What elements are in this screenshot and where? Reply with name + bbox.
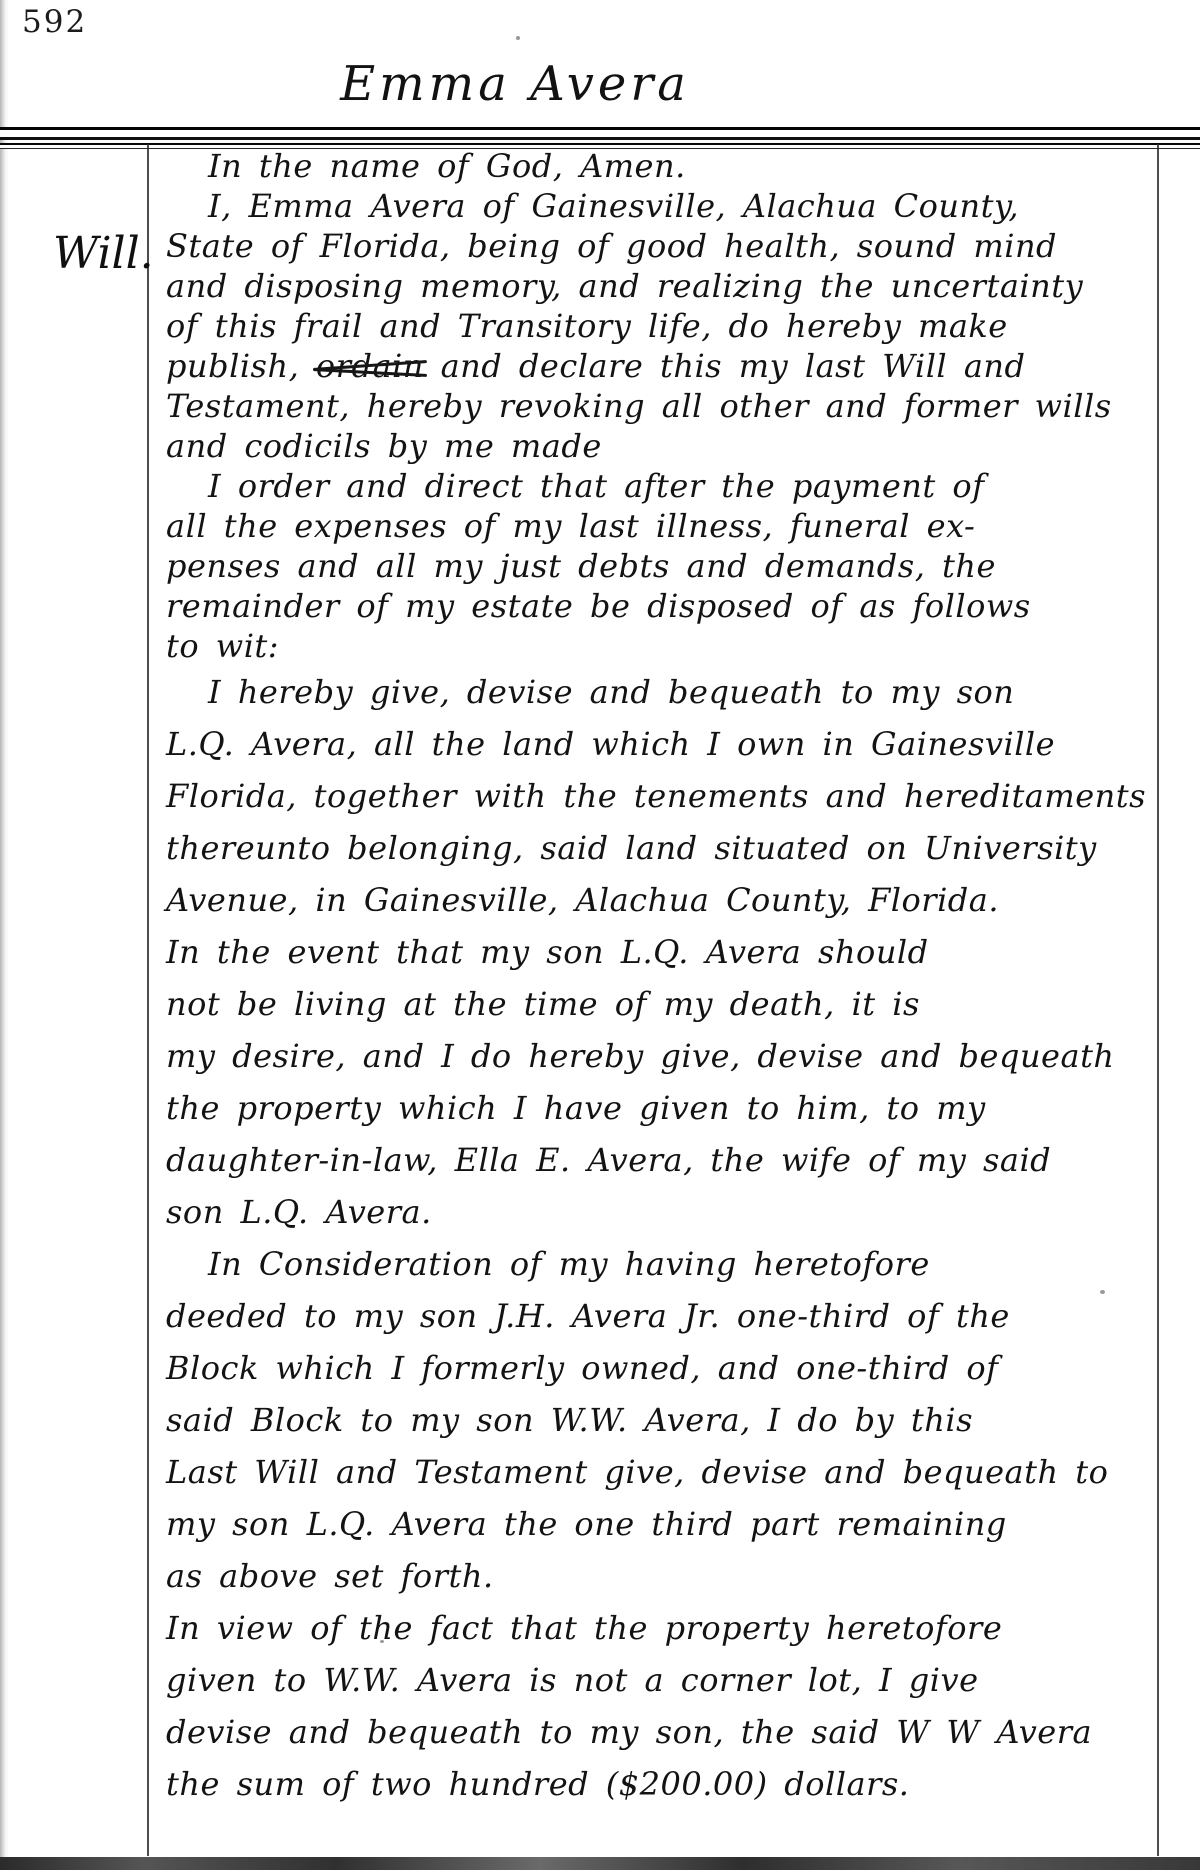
handwritten-line: devise and bequeath to my son, the said …	[166, 1706, 1158, 1758]
text-segment: and declare this my last Will and	[424, 347, 1026, 385]
margin-annotation-will: Will.	[53, 228, 154, 279]
paragraph: In the name of God, Amen.	[166, 146, 1158, 186]
handwritten-line: L.Q. Avera, all the land which I own in …	[166, 718, 1158, 770]
scan-speck	[516, 36, 520, 40]
paragraph: In view of the fact that the property he…	[166, 1602, 1158, 1810]
paragraph: I hereby give, devise and bequeath to my…	[166, 666, 1158, 926]
will-document-page: 592 Emma Avera Will. In the name of God,…	[0, 0, 1200, 1870]
handwritten-line: given to W.W. Avera is not a corner lot,…	[166, 1654, 1158, 1706]
handwritten-line: I, Emma Avera of Gainesville, Alachua Co…	[166, 186, 1158, 226]
margin-rule-left	[147, 144, 149, 1856]
handwritten-line: I order and direct that after the paymen…	[166, 466, 1158, 506]
handwritten-line: I hereby give, devise and bequeath to my…	[166, 666, 1158, 718]
handwritten-line: thereunto belonging, said land situated …	[166, 822, 1158, 874]
handwritten-line: publish, ordain and declare this my last…	[166, 346, 1158, 386]
handwritten-line: In Consideration of my having heretofore	[166, 1238, 1158, 1290]
scan-bottom-band	[0, 1857, 1200, 1870]
handwritten-line: and disposing memory, and realizing the …	[166, 266, 1158, 306]
handwritten-line: as above set forth.	[166, 1550, 1158, 1602]
rule-band-thick	[0, 127, 1200, 140]
handwritten-line: deeded to my son J.H. Avera Jr. one-thir…	[166, 1290, 1158, 1342]
handwritten-line: Block which I formerly owned, and one-th…	[166, 1342, 1158, 1394]
document-body: In the name of God, Amen.I, Emma Avera o…	[166, 146, 1158, 1810]
handwritten-line: the property which I have given to him, …	[166, 1082, 1158, 1134]
handwritten-line: Avenue, in Gainesville, Alachua County, …	[166, 874, 1158, 926]
paragraph: In Consideration of my having heretofore…	[166, 1238, 1158, 1602]
paragraph: In the event that my son L.Q. Avera shou…	[166, 926, 1158, 1238]
handwritten-line: State of Florida, being of good health, …	[166, 226, 1158, 266]
handwritten-line: the sum of two hundred ($200.00) dollars…	[166, 1758, 1158, 1810]
handwritten-line: In view of the fact that the property he…	[166, 1602, 1158, 1654]
handwritten-line: daughter-in-law, Ella E. Avera, the wife…	[166, 1134, 1158, 1186]
handwritten-line: to wit:	[166, 626, 1158, 666]
handwritten-line: Last Will and Testament give, devise and…	[166, 1446, 1158, 1498]
handwritten-line: of this frail and Transitory life, do he…	[166, 306, 1158, 346]
handwritten-line: remainder of my estate be disposed of as…	[166, 586, 1158, 626]
handwritten-line: penses and all my just debts and demands…	[166, 546, 1158, 586]
handwritten-line: said Block to my son W.W. Avera, I do by…	[166, 1394, 1158, 1446]
paragraph: I order and direct that after the paymen…	[166, 466, 1158, 666]
paragraph: I, Emma Avera of Gainesville, Alachua Co…	[166, 186, 1158, 466]
handwritten-line: all the expenses of my last illness, fun…	[166, 506, 1158, 546]
struck-word: ordain	[316, 346, 424, 386]
handwritten-line: Testament, hereby revoking all other and…	[166, 386, 1158, 426]
scan-speck	[380, 1640, 384, 1643]
handwritten-line: In the event that my son L.Q. Avera shou…	[166, 926, 1158, 978]
handwritten-line: In the name of God, Amen.	[166, 146, 1158, 186]
handwritten-line: son L.Q. Avera.	[166, 1186, 1158, 1238]
scan-speck	[1100, 1290, 1105, 1294]
handwritten-line: my son L.Q. Avera the one third part rem…	[166, 1498, 1158, 1550]
handwritten-line: Florida, together with the tenements and…	[166, 770, 1158, 822]
handwritten-line: my desire, and I do hereby give, devise …	[166, 1030, 1158, 1082]
document-title: Emma Avera	[280, 56, 750, 112]
text-segment: publish,	[166, 347, 316, 385]
scan-edge-artifact	[0, 0, 9, 1870]
handwritten-line: and codicils by me made	[166, 426, 1158, 466]
handwritten-line: not be living at the time of my death, i…	[166, 978, 1158, 1030]
page-number: 592	[22, 4, 87, 40]
